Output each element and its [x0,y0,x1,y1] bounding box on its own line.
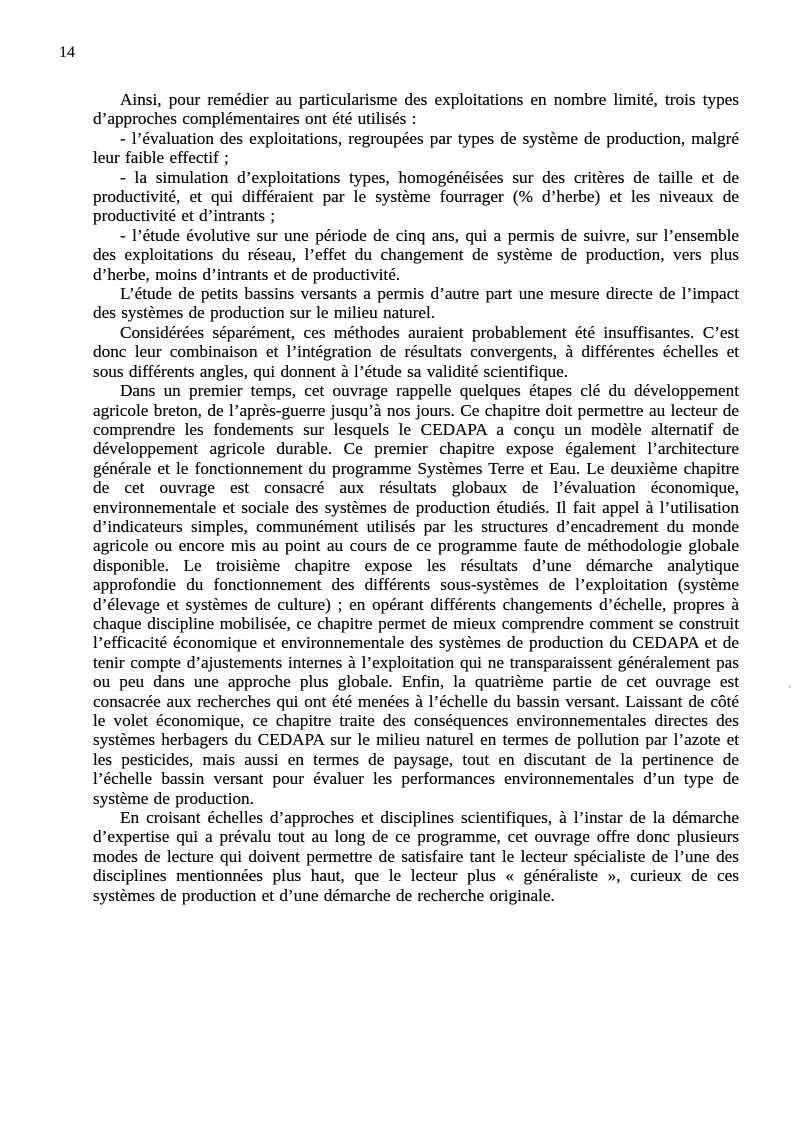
paragraph-dash-item-evaluation: - l’évaluation des exploitations, regrou… [93,129,739,168]
scan-artifact-speck [788,685,791,688]
paragraph-dash-item-etude-evolutive: - l’étude évolutive sur une période de c… [93,226,739,284]
page-number: 14 [59,44,75,62]
paragraph-plan-ouvrage: Dans un premier temps, cet ouvrage rappe… [93,381,739,808]
paragraph-conclusion-lecture: En croisant échelles d’approches et disc… [93,808,739,905]
paragraph-bassins-versants: L’étude de petits bassins versants a per… [93,284,739,323]
paragraph-dash-item-simulation: - la simulation d’exploitations types, h… [93,168,739,226]
paragraph-methodes-combinaison: Considérées séparément, ces méthodes aur… [93,323,739,381]
body-text-block: Ainsi, pour remédier au particularisme d… [93,90,739,905]
book-page: 14 Ainsi, pour remédier au particularism… [0,0,800,1143]
paragraph-intro: Ainsi, pour remédier au particularisme d… [93,90,739,129]
